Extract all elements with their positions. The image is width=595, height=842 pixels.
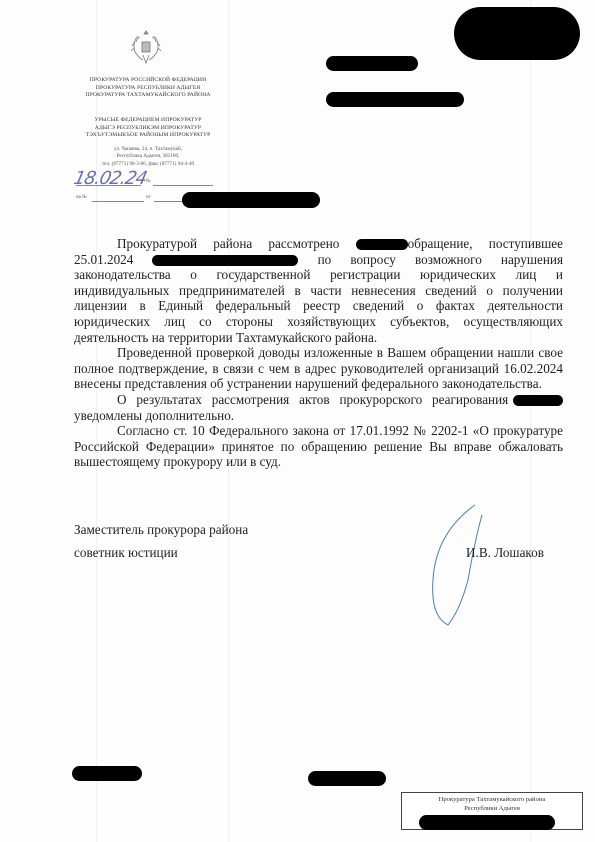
text: уведомлены дополнительно.	[74, 408, 234, 423]
letter-body: Прокуратурой района рассмотрено обращени…	[74, 236, 563, 470]
ref-underline	[92, 201, 144, 202]
redaction-recipient-address	[326, 92, 464, 107]
redaction-footer	[308, 771, 386, 786]
signatory-position: Заместитель прокурора района	[74, 522, 248, 538]
address-line: Республика Адыгея, 385100,	[68, 153, 228, 160]
text: Прокуратурой района рассмотрено	[117, 236, 339, 251]
redaction-inline	[513, 395, 563, 406]
paragraph-3: О результатах рассмотрения актов прокуро…	[74, 392, 563, 423]
redaction-ref-date	[182, 192, 320, 208]
org-line: ПРОКУРАТУРА РОССИЙСКОЙ ФЕДЕРАЦИИ	[68, 77, 228, 85]
paragraph-4: Согласно ст. 10 Федерального закона от 1…	[74, 423, 563, 470]
number-underline	[153, 185, 213, 186]
org-line: ПРОКУРАТУРА ТАХТАМУКАЙСКОГО РАЙОНА	[68, 92, 228, 100]
paragraph-2: Проведенной проверкой доводы изложенные …	[74, 345, 563, 392]
redaction-stamp	[419, 815, 555, 830]
ref-date-label: от	[146, 195, 151, 200]
number-label: №	[146, 179, 151, 184]
receipt-stamp: Прокуратура Тахтамукайского района Респу…	[401, 792, 583, 830]
redaction-inline	[152, 255, 298, 266]
org-header-adyghe: УРЫСЫЕ ФЕДЕРАЦИЕМ ИПРОКУРАТУР АДЫГЭ РЕСП…	[68, 117, 228, 140]
handwritten-signature-icon	[420, 500, 500, 630]
signatory-name: И.В. Лошаков	[466, 545, 544, 561]
stamp-line: Прокуратура Тахтамукайского района	[402, 796, 582, 803]
document-page: ПРОКУРАТУРА РОССИЙСКОЙ ФЕДЕРАЦИИ ПРОКУРА…	[0, 0, 595, 842]
org-line: УРЫСЫЕ ФЕДЕРАЦИЕМ ИПРОКУРАТУР	[68, 117, 228, 125]
redaction-inline	[356, 239, 408, 250]
ref-date-underline	[154, 201, 184, 202]
paragraph-1: Прокуратурой района рассмотрено обращени…	[74, 236, 563, 345]
redaction-footer	[72, 766, 142, 781]
text: по вопросу возможного нарушения законода…	[74, 252, 563, 345]
redaction-block	[454, 7, 580, 60]
stamp-line: Республики Адыгея	[402, 805, 582, 812]
coat-of-arms-icon	[129, 28, 163, 68]
org-address: ул. Чапаева, 24, п. Тахтамукай, Республи…	[68, 146, 228, 168]
ref-number-label: на №	[76, 195, 87, 200]
org-header-russian: ПРОКУРАТУРА РОССИЙСКОЙ ФЕДЕРАЦИИ ПРОКУРА…	[68, 77, 228, 100]
date-underline	[76, 185, 141, 186]
text: О результатах рассмотрения актов прокуро…	[117, 392, 508, 407]
redaction-recipient	[326, 56, 418, 71]
signatory-rank: советник юстиции	[74, 545, 178, 561]
org-line: ТЭХЪУТЭМЫКЪОЕ РАЙОНЫМ ИПРОКУРАТУР	[68, 132, 228, 140]
